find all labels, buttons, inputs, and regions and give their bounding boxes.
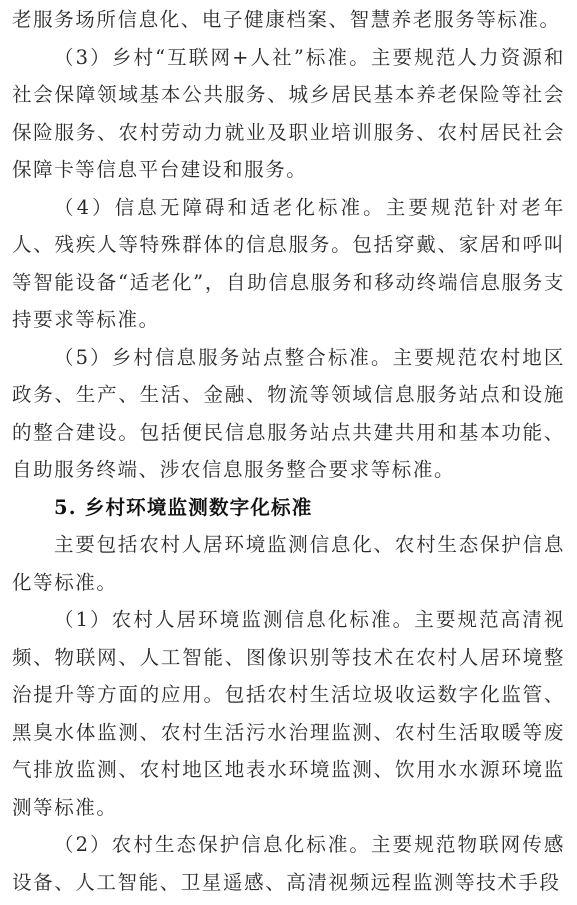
paragraph-item-5-service-station-integration: （5）乡村信息服务站点整合标准。主要规范农村地区政务、生产、生活、金融、物流等领… bbox=[12, 339, 565, 489]
document-page: 老服务场所信息化、电子健康档案、智慧养老服务等标准。 （3）乡村“互联网+人社”… bbox=[12, 1, 565, 901]
section-heading-5: 5. 乡村环境监测数字化标准 bbox=[12, 489, 565, 527]
paragraph-item-1-living-environment-monitoring: （1）农村人居环境监测信息化标准。主要规范高清视频、物联网、人工智能、图像识别等… bbox=[12, 601, 565, 826]
paragraph-continuation: 老服务场所信息化、电子健康档案、智慧养老服务等标准。 bbox=[12, 1, 565, 39]
paragraph-item-3-internet-plus-social-security: （3）乡村“互联网+人社”标准。主要规范人力资源和社会保障领域基本公共服务、城乡… bbox=[12, 39, 565, 189]
paragraph-item-4-accessibility-elderly: （4）信息无障碍和适老化标准。主要规范针对老年人、残疾人等特殊群体的信息服务。包… bbox=[12, 189, 565, 339]
paragraph-section-intro: 主要包括农村人居环境监测信息化、农村生态保护信息化等标准。 bbox=[12, 526, 565, 601]
paragraph-item-2-ecological-protection: （2）农村生态保护信息化标准。主要规范物联网传感设备、人工智能、卫星遥感、高清视… bbox=[12, 826, 565, 901]
